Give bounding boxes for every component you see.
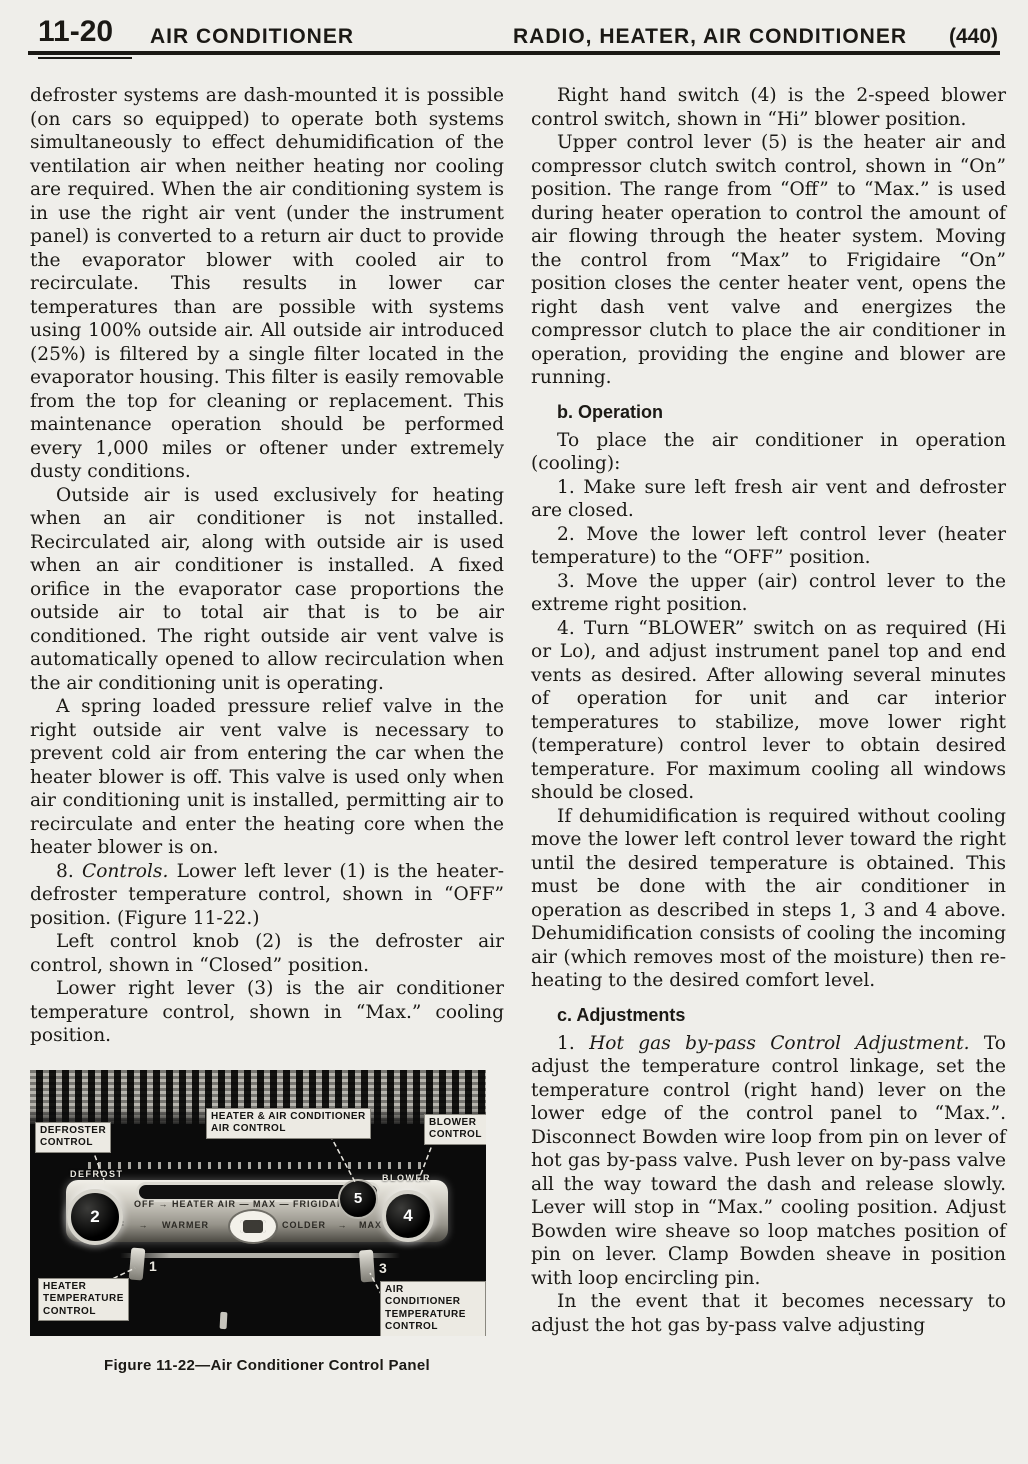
header-left-title: AIR CONDITIONER bbox=[150, 26, 354, 47]
adjustment-title: Hot gas by-pass Control Adjustment. bbox=[589, 1033, 969, 1054]
callout-blower-control: BLOWER CONTROL bbox=[424, 1114, 486, 1145]
paragraph-text: To adjust the temperature control linkag… bbox=[531, 1033, 1006, 1289]
callout-ac-temperature-control: AIR CONDITIONER TEMPERATURE CONTROL bbox=[380, 1281, 486, 1336]
control-panel-photo: OFF → HEATER AIR — MAX — FRIGIDAIRE OFF … bbox=[30, 1070, 486, 1336]
list-number: 8. bbox=[56, 861, 74, 882]
paragraph: Left control knob (2) is the defroster a… bbox=[30, 930, 504, 977]
paragraph: Upper control lever (5) is the heater ai… bbox=[531, 131, 1006, 390]
callout-defroster-control: DEFROSTER CONTROL bbox=[35, 1122, 111, 1153]
header-center-title: RADIO, HEATER, AIR CONDITIONER bbox=[513, 26, 907, 47]
paragraph: If dehumidification is required without … bbox=[531, 805, 1006, 993]
step-item: 1. Make sure left fresh air vent and def… bbox=[531, 476, 1006, 523]
figure-caption: Figure 11-22—Air Conditioner Control Pan… bbox=[30, 1357, 504, 1374]
paragraph: In the event that it becomes necessary t… bbox=[531, 1290, 1006, 1337]
left-column: defroster systems are dash-mounted it is… bbox=[30, 84, 504, 1374]
paragraph: Right hand switch (4) is the 2-speed blo… bbox=[531, 84, 1006, 131]
callout-heater-air-control: HEATER & AIR CONDITIONER AIR CONTROL bbox=[206, 1108, 371, 1139]
paragraph: Lower right lever (3) is the air conditi… bbox=[30, 977, 504, 1048]
paragraph: To place the air conditioner in operatio… bbox=[531, 429, 1006, 476]
paragraph: Outside air is used exclusively for heat… bbox=[30, 484, 504, 696]
controls-title: Controls. bbox=[82, 861, 168, 882]
callout-heater-temperature-control: HEATER TEMPERATURE CONTROL bbox=[38, 1278, 129, 1322]
manual-page: 11-20 AIR CONDITIONER RADIO, HEATER, AIR… bbox=[0, 0, 1028, 1464]
right-column: Right hand switch (4) is the 2-speed blo… bbox=[531, 84, 1006, 1337]
step-item: 2. Move the lower left control lever (he… bbox=[531, 523, 1006, 570]
paragraph-adjustment: 1. Hot gas by-pass Control Adjustment. T… bbox=[531, 1032, 1006, 1291]
page-header: 11-20 AIR CONDITIONER RADIO, HEATER, AIR… bbox=[0, 0, 1028, 60]
paragraph-controls: 8. Controls. Lower left lever (1) is the… bbox=[30, 860, 504, 931]
paragraph: defroster systems are dash-mounted it is… bbox=[30, 84, 504, 484]
heading-operation: b. Operation bbox=[531, 402, 1006, 422]
header-rule bbox=[28, 51, 1000, 55]
page-number: (440) bbox=[949, 26, 998, 47]
heading-adjustments: c. Adjustments bbox=[531, 1005, 1006, 1025]
paragraph: A spring loaded pressure relief valve in… bbox=[30, 695, 504, 860]
step-item: 3. Move the upper (air) control lever to… bbox=[531, 570, 1006, 617]
section-number: 11-20 bbox=[38, 17, 113, 47]
section-number-underline bbox=[38, 57, 132, 59]
list-number: 1. bbox=[557, 1033, 575, 1054]
figure-11-22: OFF → HEATER AIR — MAX — FRIGIDAIRE OFF … bbox=[30, 1070, 504, 1374]
step-item: 4. Turn “BLOWER” switch on as required (… bbox=[531, 617, 1006, 805]
